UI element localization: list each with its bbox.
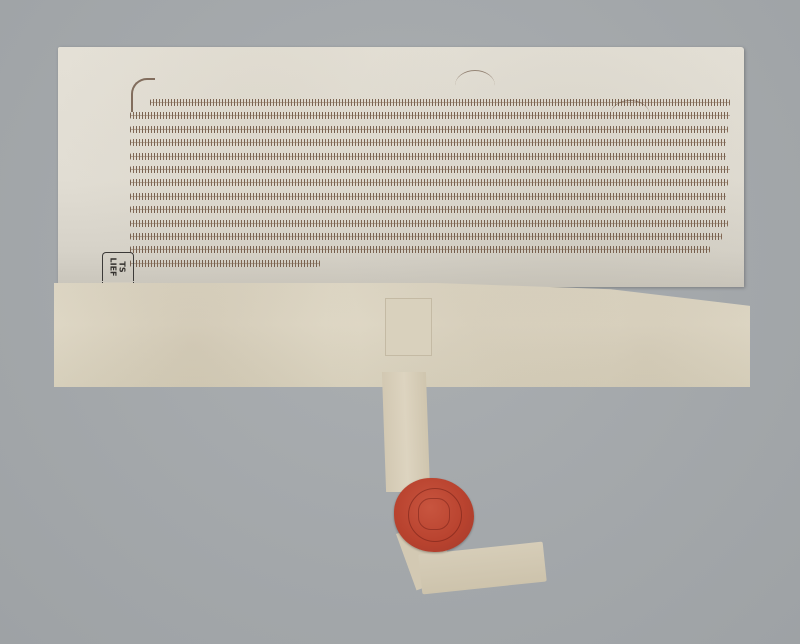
text-line: [130, 163, 730, 176]
text-line: [130, 96, 730, 109]
seal-rose-emblem-icon: [418, 498, 450, 530]
text-line: [130, 203, 730, 216]
text-line: [130, 257, 730, 270]
text-line: [130, 176, 730, 189]
handwritten-text-block: [130, 96, 730, 270]
parchment-strap: [382, 372, 430, 492]
text-line: [130, 109, 730, 122]
text-line: [130, 190, 730, 203]
text-line: [130, 123, 730, 136]
text-line: [130, 217, 730, 230]
red-wax-seal: [394, 478, 474, 552]
text-line: [130, 136, 730, 149]
archive-stamp-upper-text: TS LIEF: [109, 257, 127, 276]
text-line: [130, 150, 730, 163]
text-line: [130, 243, 730, 256]
text-line: [130, 230, 730, 243]
strap-slot-patch: [385, 298, 432, 356]
